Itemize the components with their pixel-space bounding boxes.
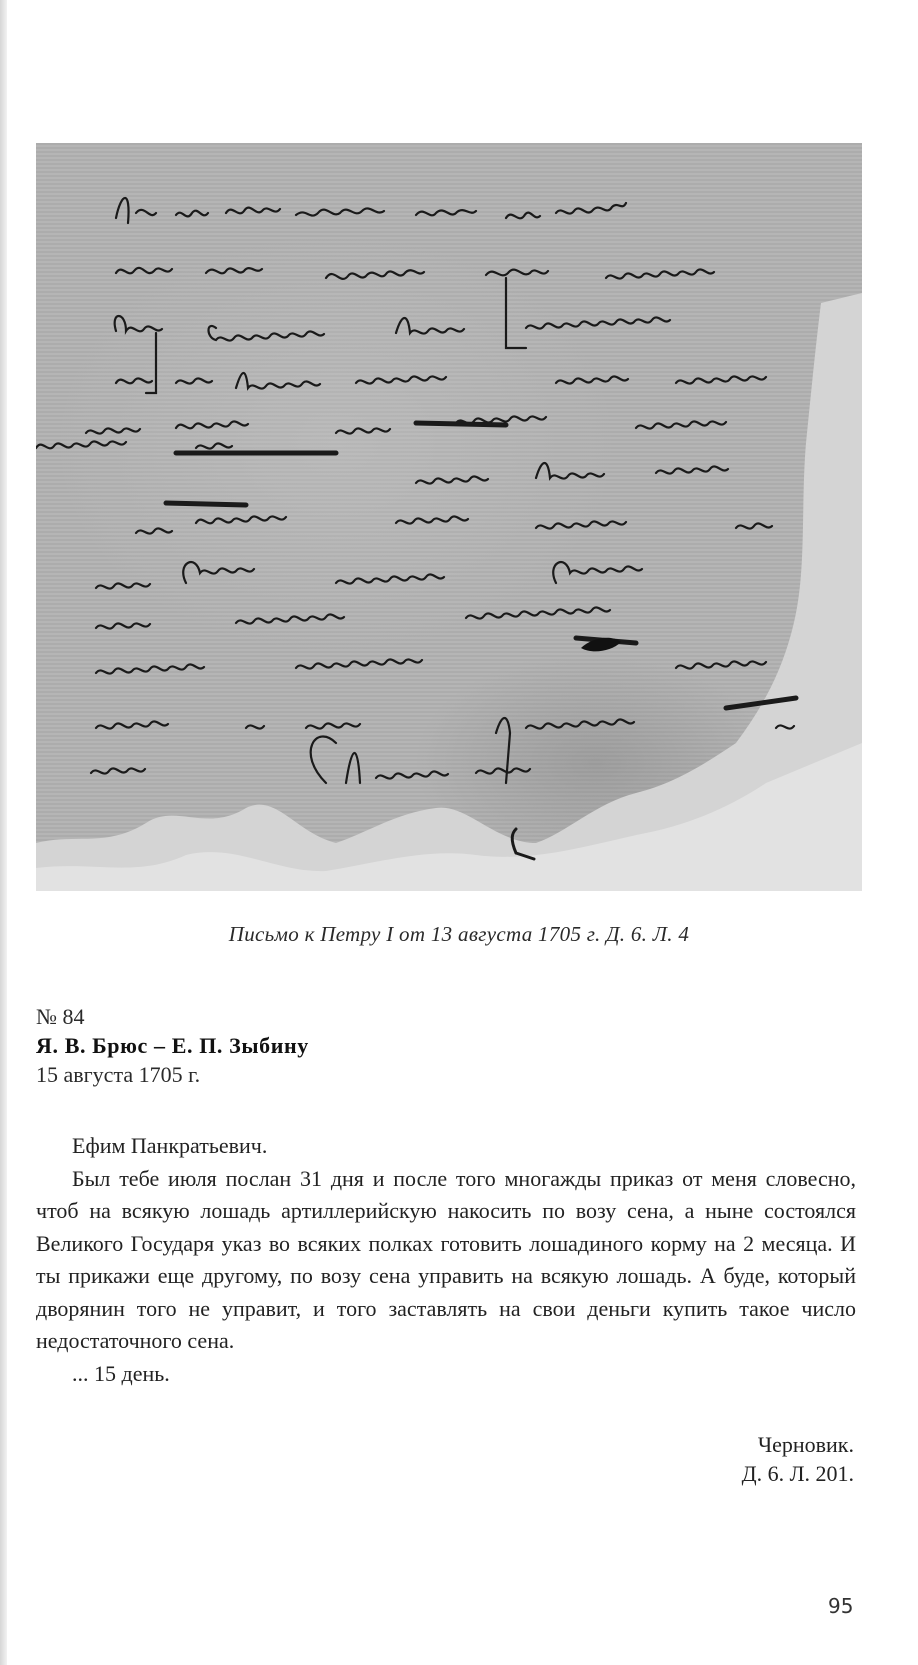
page-edge-shadow	[0, 0, 7, 1665]
letter-body: Был тебе июля послан 31 дня и после того…	[36, 1163, 856, 1358]
letter-text: Ефим Панкратьевич. Был тебе июля послан …	[36, 1130, 856, 1390]
handwritten-text-lines	[36, 143, 862, 891]
manuscript-photograph	[36, 143, 862, 891]
source-reference: Черновик. Д. 6. Л. 201.	[742, 1430, 854, 1488]
document-date: 15 августа 1705 г.	[36, 1060, 309, 1089]
letter-greeting: Ефим Панкратьевич.	[36, 1130, 856, 1163]
source-note: Черновик.	[742, 1430, 854, 1459]
document-title: Я. В. Брюс – Е. П. Зыбину	[36, 1031, 309, 1060]
document-header: № 84 Я. В. Брюс – Е. П. Зыбину 15 август…	[36, 1002, 309, 1089]
archive-reference: Д. 6. Л. 201.	[742, 1459, 854, 1488]
page-number: 95	[828, 1594, 853, 1618]
letter-closing: ... 15 день.	[36, 1358, 856, 1391]
figure-caption: Письмо к Петру I от 13 августа 1705 г. Д…	[0, 922, 918, 947]
document-number: № 84	[36, 1002, 309, 1031]
